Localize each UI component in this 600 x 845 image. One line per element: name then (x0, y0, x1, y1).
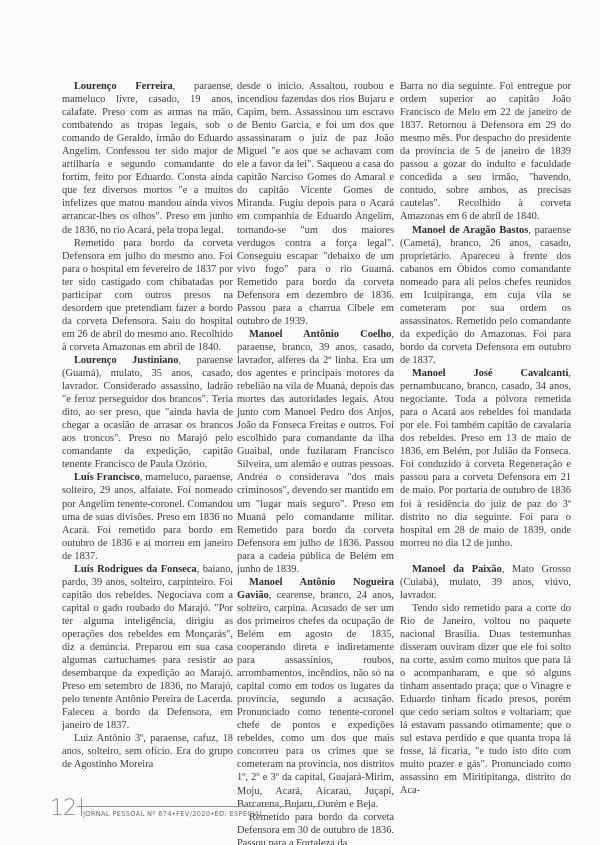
paragraph: desde o início. Assaltou, roubou e incen… (237, 80, 394, 328)
entry-name: Lourenço Ferreira (74, 81, 173, 92)
paragraph-body: Remetido para bordo da corveta Defensora… (62, 238, 233, 353)
entry-name: Manoel José Cavalcanti (412, 368, 568, 379)
entry-body: , paraense, branco, 39 anos, casado, lav… (237, 329, 394, 575)
entry-name: Lourenço Justiniano (74, 355, 178, 366)
footer-plus-mark (81, 798, 82, 816)
paragraph: Barra no dia seguinte. Foi entregue por … (400, 80, 571, 224)
entry-name: Manoel da Paixão (412, 564, 502, 575)
paragraph-body: desde o início. Assaltou, roubou e incen… (237, 81, 394, 327)
entry-body: , paraense (Cametá), branco, 26 anos, ca… (400, 225, 571, 366)
paragraph: Tendo sido remetido para a corte do Rio … (400, 602, 571, 798)
entry-luis-rodrigues-da-fonseca: Luís Rodrigues da Fonseca, baiano, pardo… (62, 563, 233, 733)
entry-lourenco-ferreira: Lourenço Ferreira, paraense, mameluco li… (62, 80, 233, 237)
entry-body: Luiz Antônio 3º, paraense, cafuz, 18 ano… (62, 733, 233, 770)
entry-body: , mameluco, paraense, solteiro, 29 anos,… (62, 472, 233, 561)
text-column-2: desde o início. Assaltou, roubou e incen… (237, 80, 394, 845)
entry-manoel-jose-cavalcanti: Manoel José Cavalcanti, pernambucano, br… (400, 367, 571, 550)
entry-luiz-antonio: Luiz Antônio 3º, paraense, cafuz, 18 ano… (62, 732, 233, 771)
paragraph-body: Barra no dia seguinte. Foi entregue por … (400, 81, 571, 222)
entry-lourenco-justiniano: Lourenço Justiniano, paraense (Guamá), m… (62, 354, 233, 471)
entry-name: Luís Francisco (74, 472, 140, 483)
text-column-1: Lourenço Ferreira, paraense, mameluco li… (62, 80, 233, 771)
entry-body: , pernambucano, branco, casado, 34 anos,… (400, 368, 571, 549)
entry-luis-francisco: Luís Francisco, mameluco, paraense, solt… (62, 471, 233, 562)
entry-body: , cearense, branco, 24 anos, solteiro, c… (237, 590, 394, 810)
magazine-page: Lourenço Ferreira, paraense, mameluco li… (0, 0, 600, 845)
text-column-3: Barra no dia seguinte. Foi entregue por … (400, 80, 571, 798)
entry-name: Manoel de Aragão Bastos (412, 225, 528, 236)
entry-body: , baiano, pardo, 39 anos, solteiro, carp… (62, 564, 233, 732)
page-footer: 12 JORNAL PESSOAL Nº 674•FEV/2020•ED. ES… (50, 797, 280, 827)
footer-rule (77, 806, 320, 807)
entry-body: , paraense, mameluco livre, casado, 19 a… (62, 81, 233, 236)
paragraph: Remetido para bordo da corveta Defensora… (62, 237, 233, 354)
entry-body: , paraense (Guamá), mulato, 35 anos, cas… (62, 355, 233, 470)
paragraph-body: Tendo sido remetido para a corte do Rio … (400, 603, 571, 797)
entry-manoel-antonio-coelho: Manoel Antônio Coelho, paraense, branco,… (237, 328, 394, 576)
page-number: 12 (50, 797, 76, 821)
entry-manoel-antonio-nogueira-gaviao: Manoel Antônio Nogueira Gavião, cearense… (237, 576, 394, 811)
entry-manoel-de-aragao-bastos: Manoel de Aragão Bastos, paraense (Camet… (400, 224, 571, 368)
entry-name: Manoel Antônio Coelho (249, 329, 391, 340)
entry-manoel-da-paixao: Manoel da Paixão, Mato Grosso (Cuiabá), … (400, 563, 571, 602)
entry-name: Luís Rodrigues da Fonseca (74, 564, 197, 575)
publication-line: JORNAL PESSOAL Nº 674•FEV/2020•ED. ESPEC… (83, 810, 263, 818)
